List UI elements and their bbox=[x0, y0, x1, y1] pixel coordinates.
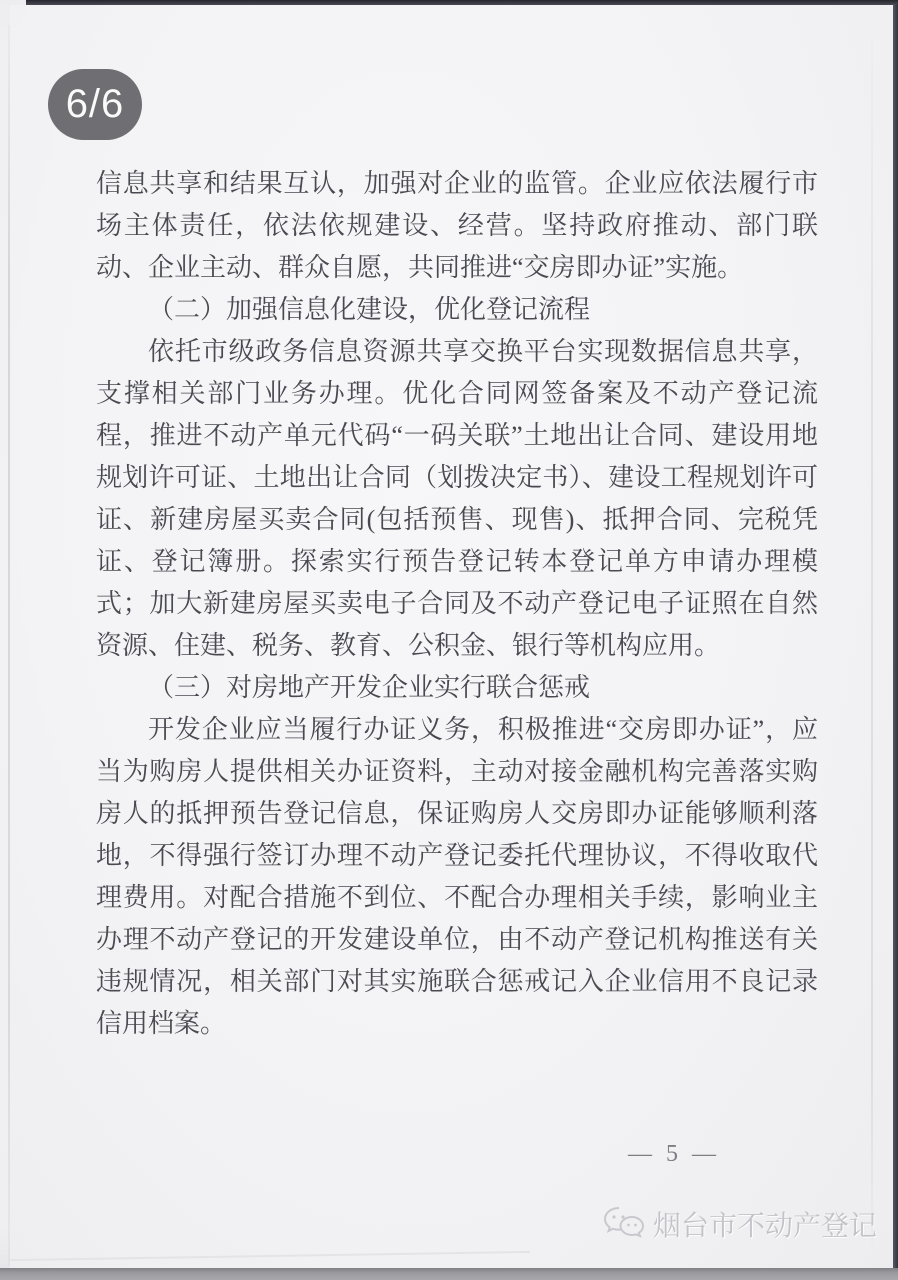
page-fold-line-right bbox=[871, 40, 873, 1245]
document-page: 信息共享和结果互认，加强对企业的监管。企业应依法履行市场主体责任，依法依规建设、… bbox=[10, 5, 893, 1268]
body-paragraph: 开发企业应当履行办证义务，积极推进“交房即办证”，应当为购房人提供相关办证资料，… bbox=[96, 709, 818, 1045]
scanned-photo-background: 信息共享和结果互认，加强对企业的监管。企业应依法履行市场主体责任，依法依规建设、… bbox=[0, 0, 898, 1280]
section-heading: （二）加强信息化建设，优化登记流程 bbox=[96, 289, 818, 331]
page-number: — 5 — bbox=[628, 1141, 720, 1168]
photo-edge-bottom bbox=[0, 1268, 898, 1280]
photo-edge-top bbox=[26, 0, 898, 5]
watermark: 烟台市不动产登记 bbox=[602, 1204, 877, 1244]
watermark-label: 烟台市不动产登记 bbox=[653, 1204, 877, 1244]
document-text-block: 信息共享和结果互认，加强对企业的监管。企业应依法履行市场主体责任，依法依规建设、… bbox=[96, 163, 818, 1045]
page-indicator-badge: 6/6 bbox=[48, 69, 142, 140]
wechat-icon bbox=[602, 1205, 646, 1243]
photo-edge-right bbox=[893, 4, 898, 1268]
page-fold-line-left bbox=[8, 25, 10, 1266]
body-paragraph: 依托市级政务信息资源共享交换平台实现数据信息共享，支撑相关部门业务办理。优化合同… bbox=[96, 331, 818, 667]
section-heading: （三）对房地产开发企业实行联合惩戒 bbox=[96, 667, 818, 709]
paper-crease bbox=[10, 1251, 530, 1261]
body-paragraph: 信息共享和结果互认，加强对企业的监管。企业应依法履行市场主体责任，依法依规建设、… bbox=[96, 163, 818, 289]
